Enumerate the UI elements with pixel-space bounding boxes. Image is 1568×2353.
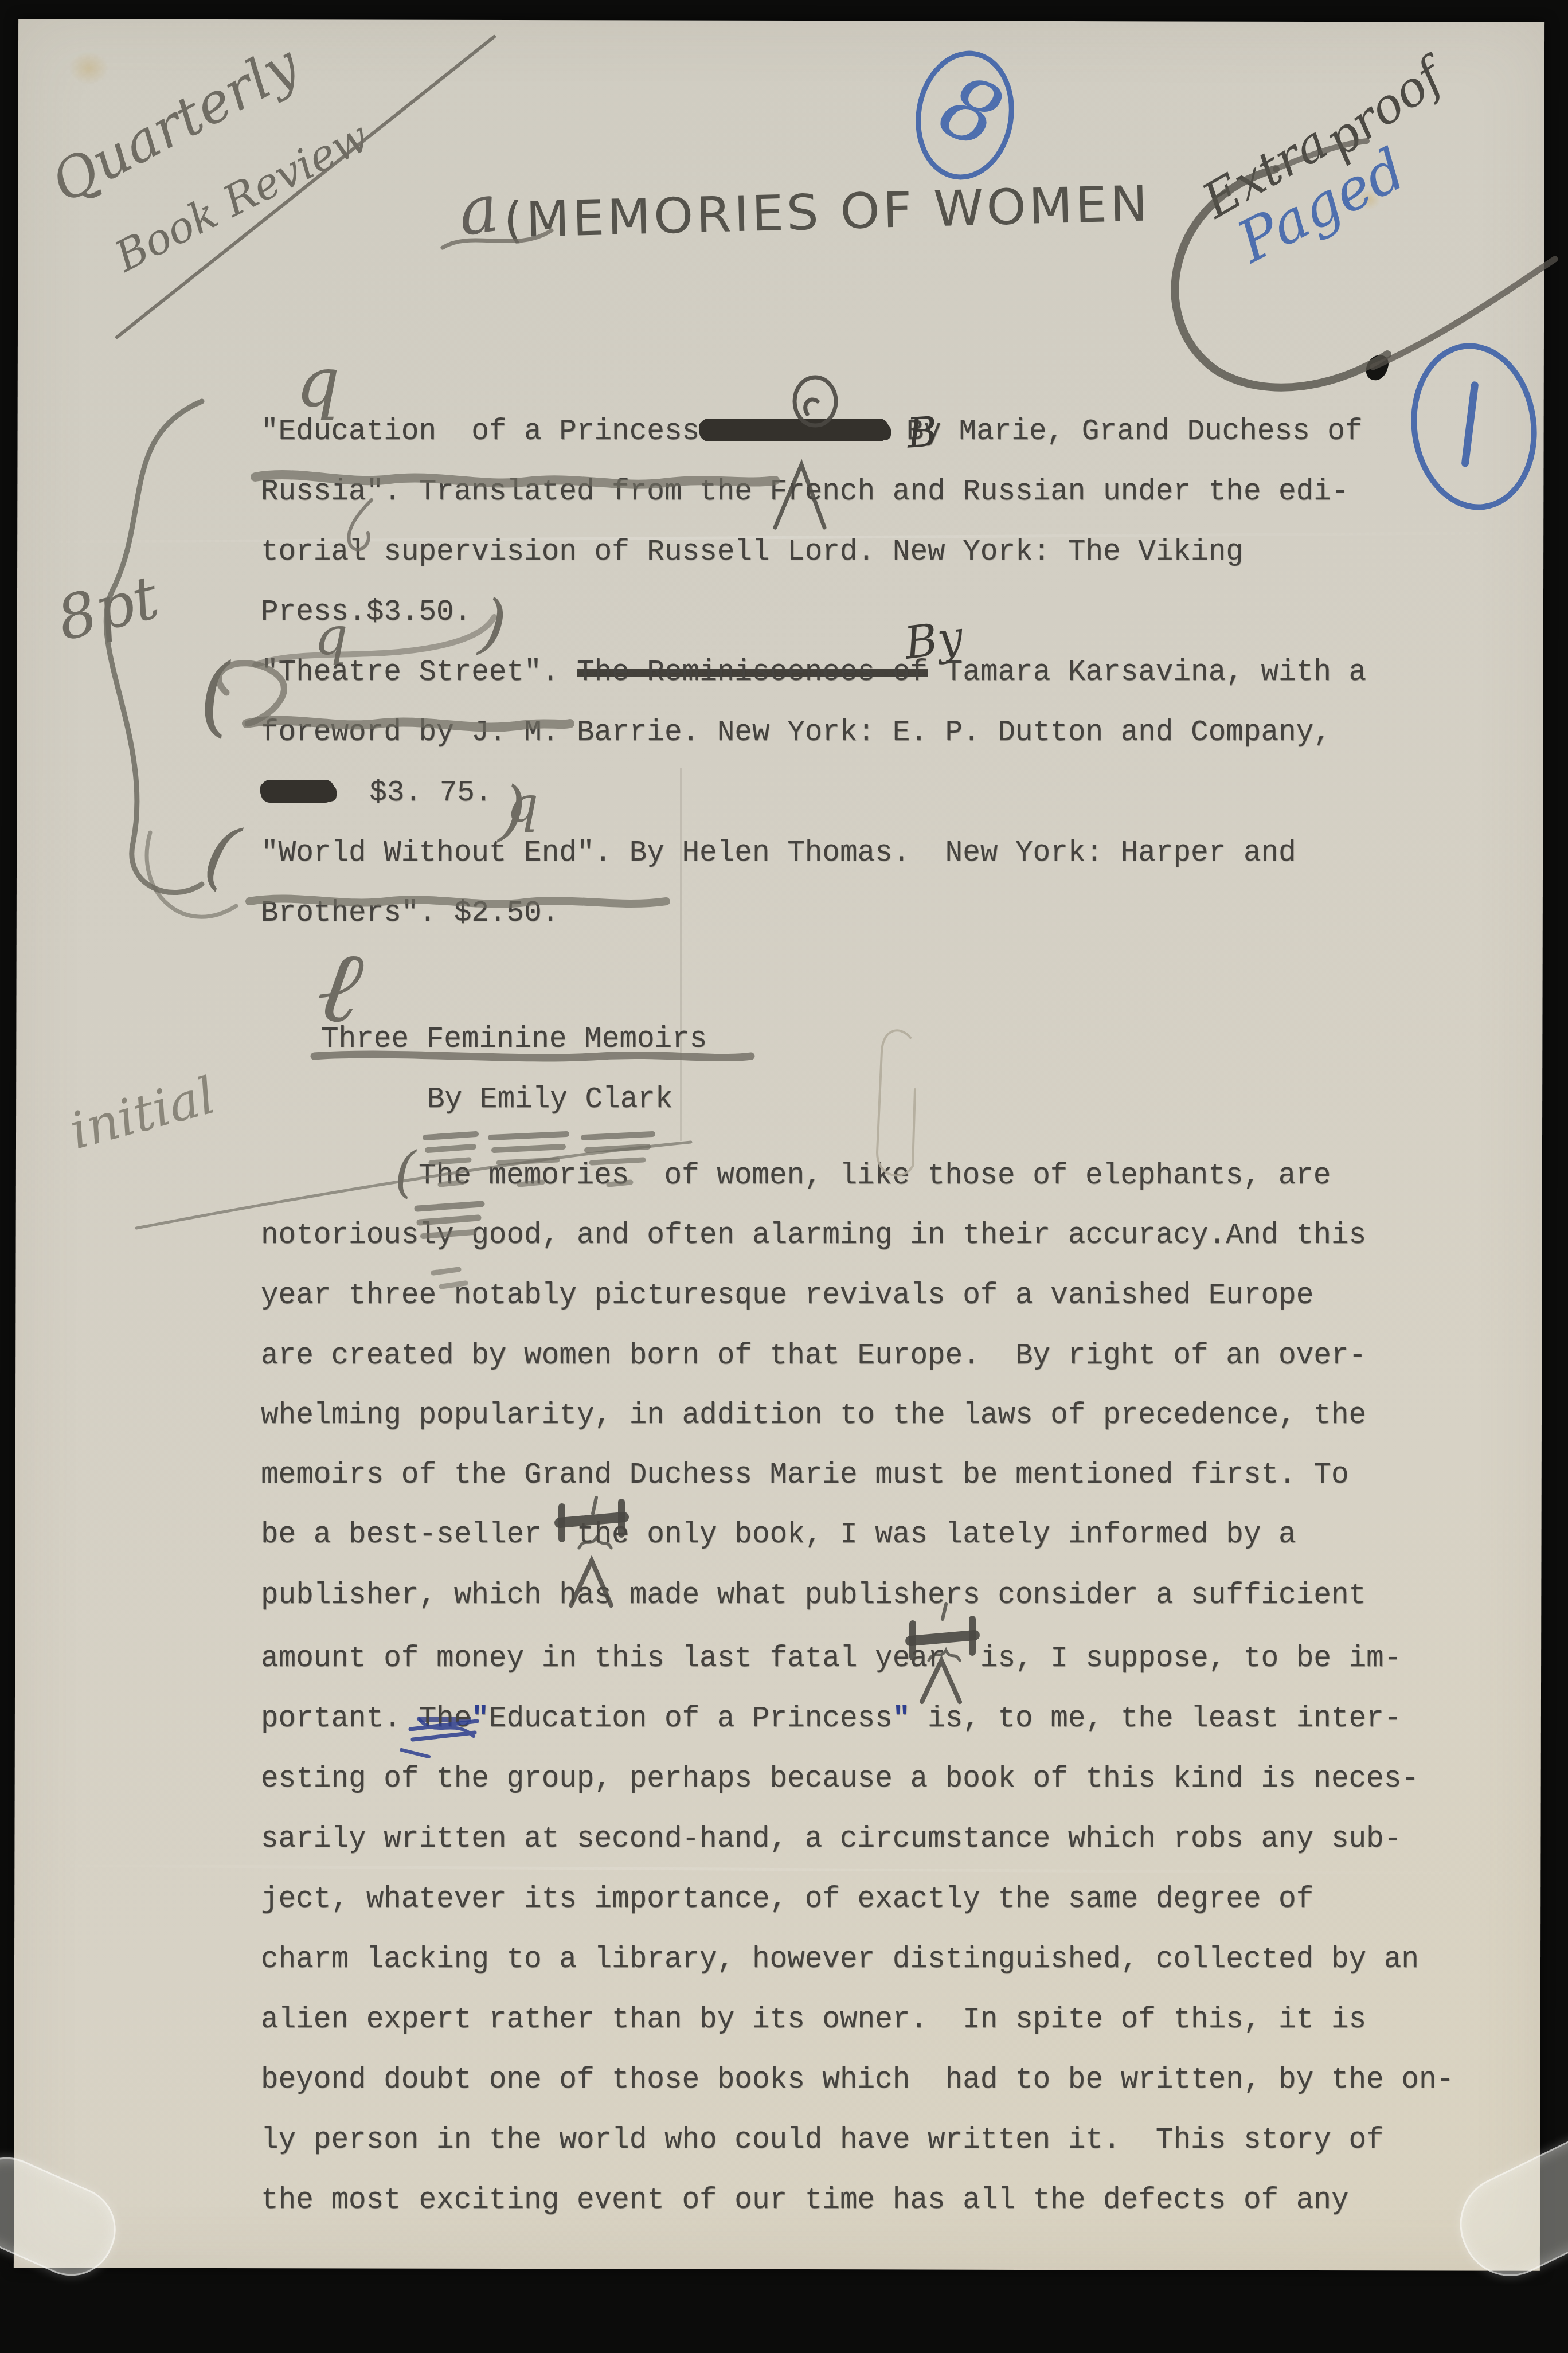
blue-struck-the: The <box>419 1703 471 1736</box>
bib-title-education: "Education of a Princess <box>261 416 699 448</box>
bib-entry1-line1: "Education of a Princess By Marie, Grand… <box>261 417 1362 447</box>
body-line: sarily written at second-hand, a circums… <box>261 1825 1401 1854</box>
bib-author-marie: By Marie, Grand Duchess of <box>889 416 1362 448</box>
scratch-mark <box>680 768 682 1141</box>
bib-entry2-line1: "Theatre Street". The Reminiscences of T… <box>261 658 1366 687</box>
body-segment: is, to me, the least inter- <box>910 1703 1401 1736</box>
body-line: are created by women born of that Europe… <box>261 1342 1366 1371</box>
ink-blot-strikeout <box>261 780 334 803</box>
bib-entry3-line1: "World Without End". By Helen Thomas. Ne… <box>261 839 1296 868</box>
body-line: notoriously good, and often alarming in … <box>261 1221 1366 1250</box>
body-line: esting of the group, perhaps because a b… <box>261 1765 1419 1794</box>
body-line: amount of money in this last fatal year … <box>261 1644 1401 1674</box>
by-insert-annotation: By <box>902 611 966 670</box>
body-segment: Education of a Princess <box>489 1703 893 1736</box>
bib-entry1-line2: Russia". Translated from the French and … <box>261 478 1349 507</box>
pencil-q-mark: q <box>296 343 340 423</box>
ink-blot-strikeout <box>699 419 889 441</box>
paper-stain <box>69 52 109 85</box>
body-segment: portant. <box>261 1703 419 1736</box>
bib-entry2-line2: foreword by J. M. Barrie. New York: E. P… <box>261 718 1331 748</box>
bib-entry1-line4: Press.$3.50. <box>261 598 471 627</box>
body-line-with-edits: portant. The"Education of a Princess" is… <box>261 1705 1401 1734</box>
body-line: be a best-seller the only book, I was la… <box>261 1521 1296 1550</box>
body-line: the most exciting event of our time has … <box>261 2186 1349 2215</box>
manuscript-scan: Quarterly Book Review a (MEMORIES OF WOM… <box>0 0 1568 2353</box>
body-line: publisher, which has made what publisher… <box>261 1581 1366 1611</box>
body-line: charm lacking to a library, however dist… <box>261 1945 1419 1975</box>
bib-price: $3. 75. <box>334 777 492 810</box>
hand-B-overwrite: B <box>905 407 939 457</box>
bib-entry2-line3: $3. 75. <box>261 779 492 808</box>
body-line: whelming popularity, in addition to the … <box>261 1401 1366 1430</box>
bib-author-karsavina: Tamara Karsavina, with a <box>928 656 1366 689</box>
pencil-open-paren: ( <box>394 1140 416 1204</box>
byline: By Emily Clark <box>427 1085 672 1115</box>
body-line: alien expert rather than by its owner. I… <box>261 2006 1366 2035</box>
body-line: ly person in the world who could have wr… <box>261 2126 1384 2155</box>
struck-reminiscences: The Reminiscences of <box>577 656 928 689</box>
body-line: The memories of women, like those of ele… <box>419 1162 1331 1191</box>
bib-entry1-line3: torial supervision of Russell Lord. New … <box>261 538 1244 567</box>
body-line: ject, whatever its importance, of exactl… <box>261 1885 1313 1914</box>
page-number-8: 8 <box>926 56 1016 169</box>
number-1-stroke <box>1461 381 1479 467</box>
blue-quote-insert: " <box>471 1703 489 1736</box>
paper-sheet <box>14 19 1544 2271</box>
body-line: year three notably picturesque revivals … <box>261 1281 1313 1311</box>
pencil-open-paren: ( <box>195 646 236 748</box>
bib-entry3-line2: Brothers". $2.50. <box>261 899 559 928</box>
body-line: beyond doubt one of those books which ha… <box>261 2066 1454 2095</box>
struck-article-title: Three Feminine Memoirs <box>321 1025 707 1054</box>
bib-title-theatre: "Theatre Street". <box>261 656 577 689</box>
body-line: memoirs of the Grand Duchess Marie must … <box>261 1461 1349 1490</box>
blue-quote-insert: " <box>893 1703 910 1736</box>
